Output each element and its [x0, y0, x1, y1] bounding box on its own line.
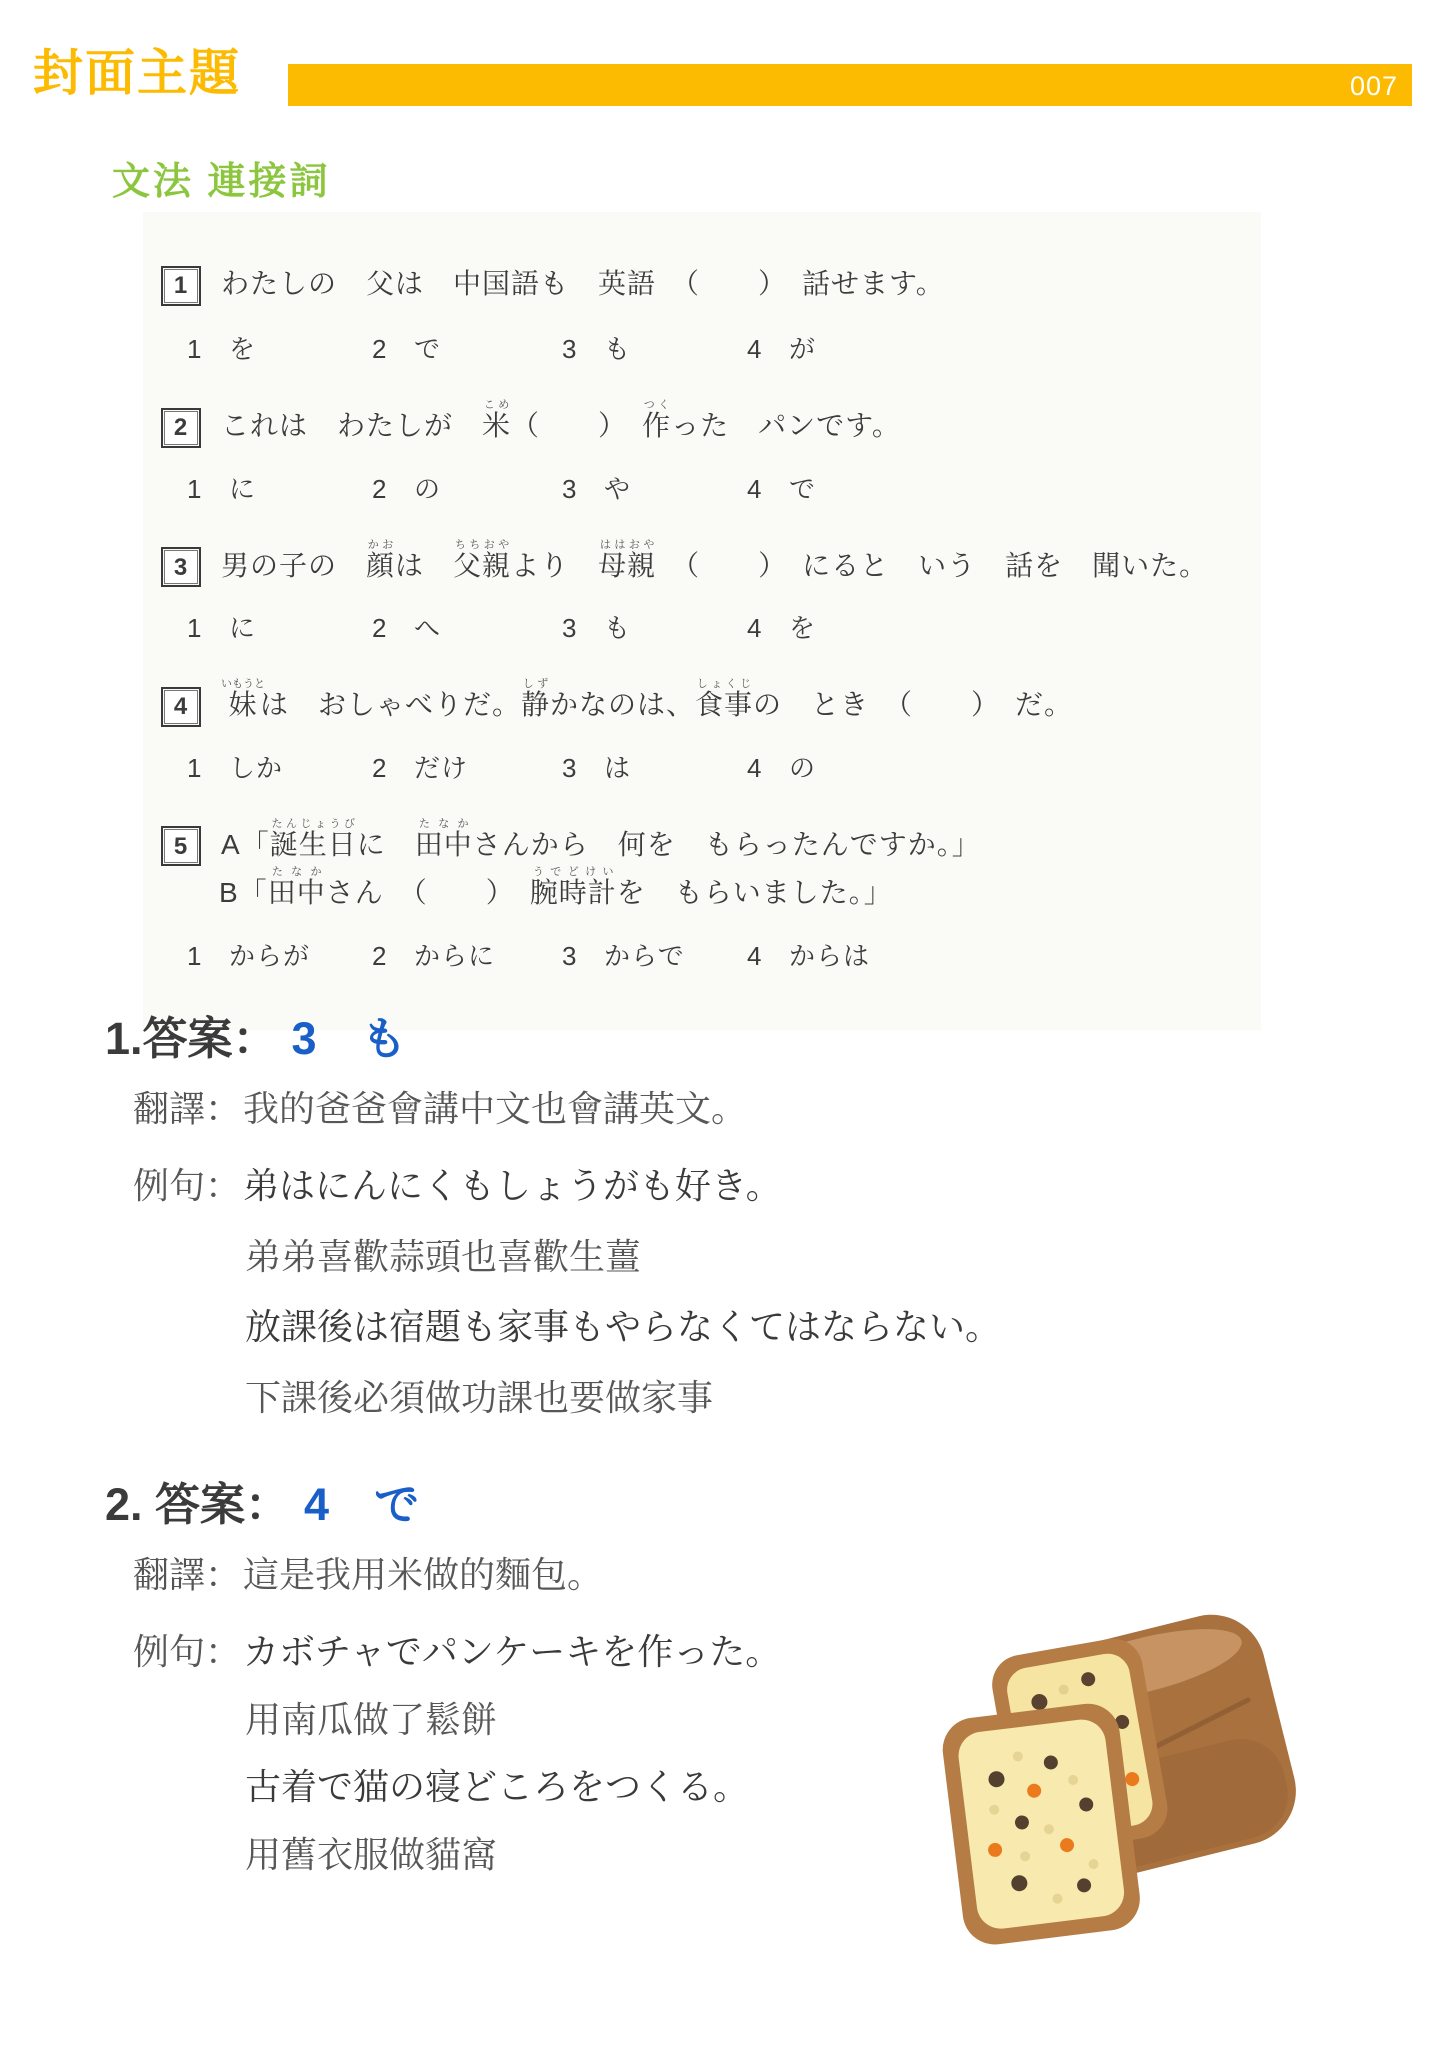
fruit-bread-illustration [928, 1578, 1314, 1982]
option-1: 1を [187, 334, 372, 365]
option-1: 1しか [187, 753, 372, 784]
options-row: 1に2の3や4で [161, 474, 1241, 505]
option-4: 4を [747, 613, 1241, 644]
options-row: 1に2へ3も4を [161, 613, 1241, 644]
examples-1: 例句：弟はにんにくもしょうがも好き。 弟弟喜歡蒜頭也喜歡生薑 放課後は宿題も家事… [133, 1163, 1325, 1422]
option-3: 3も [562, 334, 747, 365]
option-3: 3は [562, 753, 747, 784]
question-4: 4妹いもうとは おしゃべりだ。静しずかなのは、食事しょくじの とき （ ） だ。… [161, 678, 1241, 784]
option-2: 2へ [372, 613, 562, 644]
example-text: 弟はにんにくもしょうがも好き。 [243, 1165, 782, 1206]
section-title: 文法 連接詞 [112, 150, 331, 205]
example-line: 放課後は宿題も家事もやらなくてはならない。 [133, 1304, 1325, 1351]
option-1: 1に [187, 613, 372, 644]
example-line: 例句：弟はにんにくもしょうがも好き。 [133, 1163, 1325, 1210]
example-label: 例句： [133, 1165, 241, 1206]
question-2: 2これは わたしが 米こめ（ ） 作つくった パンです。1に2の3や4で [161, 399, 1241, 505]
translation-label: 翻譯： [133, 1554, 241, 1595]
answer-label: 2. 答案： [105, 1479, 290, 1530]
option-4: 4の [747, 753, 1241, 784]
example-line: 弟弟喜歡蒜頭也喜歡生薑 [133, 1234, 1325, 1281]
bread-slice-front [939, 1700, 1143, 1948]
options-row: 1を2で3も4が [161, 334, 1241, 365]
answer-block-1: 1.答案：3 も 翻譯：我的爸爸會講中文也會講英文。 例句：弟はにんにくもしょう… [105, 1012, 1325, 1422]
translation-text: 這是我用米做的麵包。 [243, 1554, 603, 1595]
question-text: 1わたしの 父は 中国語も 英語 （ ） 話せます。 [161, 262, 1241, 308]
answer-label: 1.答案： [105, 1013, 278, 1064]
example-text: カボチャでパンケーキを作った。 [243, 1631, 781, 1672]
option-4: 4で [747, 474, 1241, 505]
page-number: 007 [1350, 64, 1398, 106]
question-1: 1わたしの 父は 中国語も 英語 （ ） 話せます。1を2で3も4が [161, 262, 1241, 365]
question-number-box: 5 [161, 826, 201, 866]
example-line: 下課後必須做功課也要做家事 [133, 1375, 1325, 1422]
answer-heading-1: 1.答案：3 も [105, 1012, 1325, 1066]
option-3: 3からで [562, 941, 747, 972]
option-4: 4からは [747, 941, 1241, 972]
option-2: 2の [372, 474, 562, 505]
option-4: 4が [747, 334, 1241, 365]
answer-value: 4 で [304, 1479, 419, 1530]
example-label: 例句： [133, 1631, 241, 1672]
question-text: 4妹いもうとは おしゃべりだ。静しずかなのは、食事しょくじの とき （ ） だ。 [161, 678, 1241, 727]
option-3: 3も [562, 613, 747, 644]
translation-text: 我的爸爸會講中文也會講英文。 [243, 1088, 747, 1129]
question-text: 3男の子の 顔かおは 父親ちちおやより 母親ははおや （ ） にると いう 話を… [161, 539, 1241, 588]
option-2: 2からに [372, 941, 562, 972]
option-1: 1に [187, 474, 372, 505]
option-1: 1からが [187, 941, 372, 972]
question-number-box: 3 [161, 547, 201, 587]
options-row: 1しか2だけ3は4の [161, 753, 1241, 784]
option-2: 2で [372, 334, 562, 365]
answer-value: 3 も [292, 1013, 407, 1064]
translation-label: 翻譯： [133, 1088, 241, 1129]
question-number-box: 1 [161, 266, 201, 306]
options-row: 1からが2からに3からで4からは [161, 941, 1241, 972]
question-3: 3男の子の 顔かおは 父親ちちおやより 母親ははおや （ ） にると いう 話を… [161, 539, 1241, 645]
question-text: B「田中たなかさん （ ） 腕時計うでどけいを もらいました。」 [161, 866, 1241, 914]
question-number-box: 2 [161, 408, 201, 448]
question-number-box: 4 [161, 687, 201, 727]
header-accent-bar: 007 [288, 64, 1412, 106]
option-3: 3や [562, 474, 747, 505]
translation-line: 翻譯：我的爸爸會講中文也會講英文。 [133, 1086, 1325, 1133]
brand-title: 封面主題 [33, 48, 241, 98]
option-2: 2だけ [372, 753, 562, 784]
quiz-panel: 1わたしの 父は 中国語も 英語 （ ） 話せます。1を2で3も4が2これは わ… [143, 212, 1261, 1030]
question-text: 5A「誕生日たんじょうびに 田中たなかさんから 何を もらったんですか。」 [161, 818, 1241, 867]
answer-heading-2: 2. 答案：4 で [105, 1478, 1325, 1532]
page: 封面主題 007 文法 連接詞 1わたしの 父は 中国語も 英語 （ ） 話せま… [0, 0, 1449, 2048]
question-5: 5A「誕生日たんじょうびに 田中たなかさんから 何を もらったんですか。」B「田… [161, 818, 1241, 972]
question-text: 2これは わたしが 米こめ（ ） 作つくった パンです。 [161, 399, 1241, 448]
